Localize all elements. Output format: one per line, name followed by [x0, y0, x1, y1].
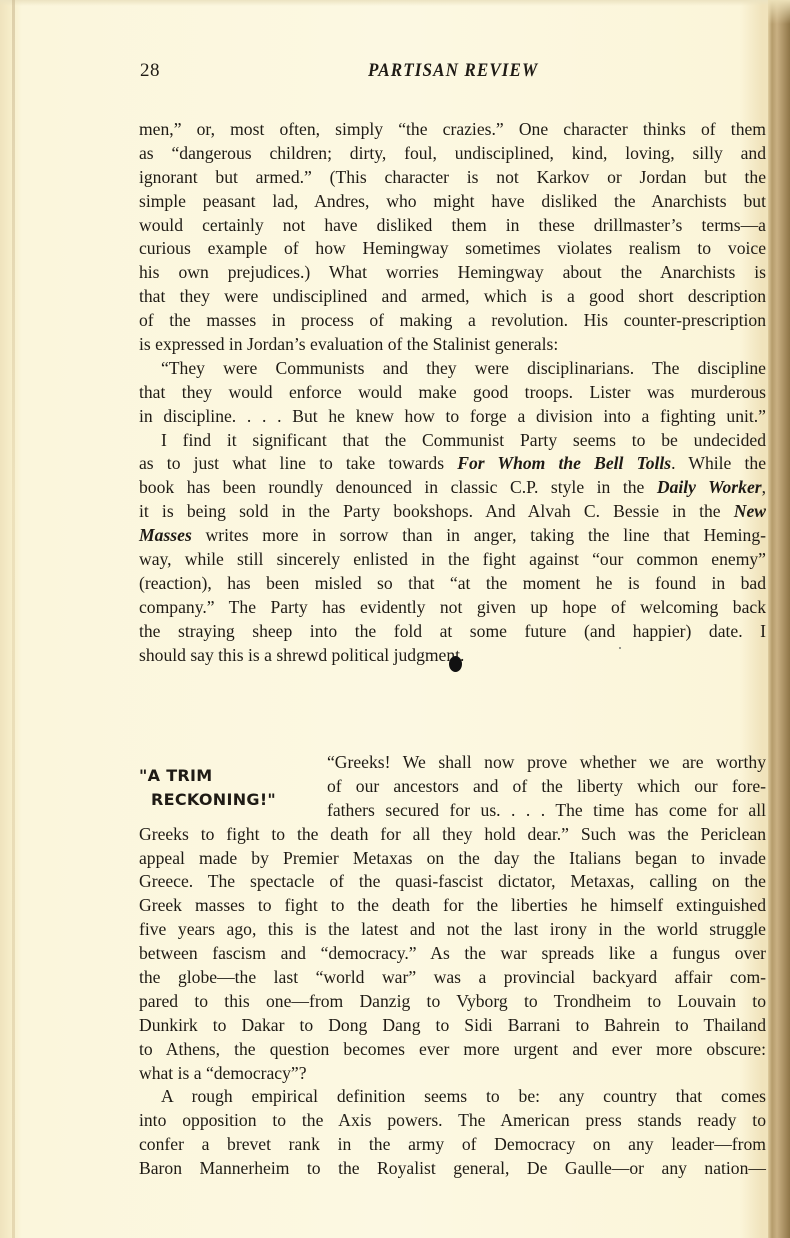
text-line: book has been roundly denounced in class…: [139, 476, 766, 500]
text-line: Greece. The spectacle of the quasi-fasci…: [139, 870, 766, 894]
quote-line: in discipline. . . . But he knew how to …: [139, 405, 766, 429]
periodical-title-italic: Daily Worker: [657, 477, 762, 497]
text-line: fathers secured for us. . . . The time h…: [327, 799, 766, 823]
text-line: “Greeks! We shall now prove whether we a…: [327, 751, 766, 775]
text-fragment: it is being sold in the Party bookshops.…: [139, 501, 734, 521]
text-fragment: book has been roundly denounced in class…: [139, 477, 657, 497]
text-line: would certainly not have disliked them i…: [139, 214, 766, 238]
text-line: company.” The Party has evidently not gi…: [139, 596, 766, 620]
text-line: confer a brevet rank in the army of Demo…: [139, 1133, 766, 1157]
text-line: curious example of how Hemingway sometim…: [139, 237, 766, 261]
text-line: simple peasant lad, Andres, who might ha…: [139, 190, 766, 214]
text-line: of our ancestors and of the liberty whic…: [327, 775, 766, 799]
running-head: 28 PARTISAN REVIEW: [140, 60, 760, 88]
text-fragment: ,: [762, 477, 766, 497]
text-line: A rough empirical definition seems to be…: [139, 1085, 766, 1109]
text-line: appeal made by Premier Metaxas on the da…: [139, 847, 766, 871]
text-line: what is a “democracy”?: [139, 1062, 766, 1086]
text-line: Baron Mannerheim to the Royalist general…: [139, 1157, 766, 1181]
text-line: Masses writes more in sorrow than in ang…: [139, 524, 766, 548]
text-line: Greeks to fight to the death for all the…: [139, 823, 766, 847]
text-line: of the masses in process of making a rev…: [139, 309, 766, 333]
text-line: to Athens, the question becomes ever mor…: [139, 1038, 766, 1062]
text-fragment: writes more in sorrow than in anger, tak…: [206, 525, 766, 545]
page-top-shadow: [0, 0, 768, 6]
text-line: as to just what line to take towards For…: [139, 452, 766, 476]
text-line: that they were undisciplined and armed, …: [139, 285, 766, 309]
marginal-heading-line: "A TRIM: [139, 764, 299, 788]
gutter-highlight: [768, 0, 790, 24]
print-speck: [619, 647, 621, 649]
text-fragment: . While the: [671, 453, 766, 473]
text-line: the straying sheep into the fold at some…: [139, 620, 766, 644]
text-line: his own prejudices.) What worries Heming…: [139, 261, 766, 285]
text-line: five years ago, this is the latest and n…: [139, 918, 766, 942]
text-line: pared to this one—from Danzig to Vyborg …: [139, 990, 766, 1014]
periodical-title-italic: Masses: [139, 525, 192, 545]
text-fragment: as to just what line to take towards: [139, 453, 457, 473]
text-line: I find it significant that the Communist…: [139, 429, 766, 453]
section-divider-dot-icon: [449, 656, 462, 672]
page-number: 28: [140, 60, 160, 82]
text-line: Greek masses to fight to the death for t…: [139, 894, 766, 918]
quote-line: “They were Communists and they were disc…: [139, 357, 766, 381]
text-line: way, while still sincerely enlisted in t…: [139, 548, 766, 572]
quote-line: that they would enforce would make good …: [139, 381, 766, 405]
book-title-italic: For Whom the Bell Tolls: [457, 453, 671, 473]
section-greece-text: Greeks to fight to the death for all the…: [139, 823, 766, 1181]
text-line: the globe—the last “world war” was a pro…: [139, 966, 766, 990]
text-line: (reaction), has been misled so that “at …: [139, 572, 766, 596]
section-greece-opening: “Greeks! We shall now prove whether we a…: [327, 751, 766, 823]
text-line: into opposition to the Axis powers. The …: [139, 1109, 766, 1133]
section-hemingway-text: men,” or, most often, simply “the crazie…: [139, 118, 766, 667]
text-line: between fascism and “democracy.” As the …: [139, 942, 766, 966]
marginal-heading: "A TRIM RECKONING!": [139, 764, 299, 812]
journal-title: PARTISAN REVIEW: [368, 60, 538, 82]
text-line: is expressed in Jordan’s evaluation of t…: [139, 333, 766, 357]
marginal-heading-line: RECKONING!": [139, 788, 299, 812]
text-line: men,” or, most often, simply “the crazie…: [139, 118, 766, 142]
page-left-edge: [12, 0, 15, 1238]
book-gutter-edge: [768, 0, 790, 1238]
text-line: it is being sold in the Party bookshops.…: [139, 500, 766, 524]
text-line: as “dangerous children; dirty, foul, und…: [139, 142, 766, 166]
periodical-title-italic: New: [734, 501, 766, 521]
text-line: ignorant but armed.” (This character is …: [139, 166, 766, 190]
text-line: Dunkirk to Dakar to Dong Dang to Sidi Ba…: [139, 1014, 766, 1038]
